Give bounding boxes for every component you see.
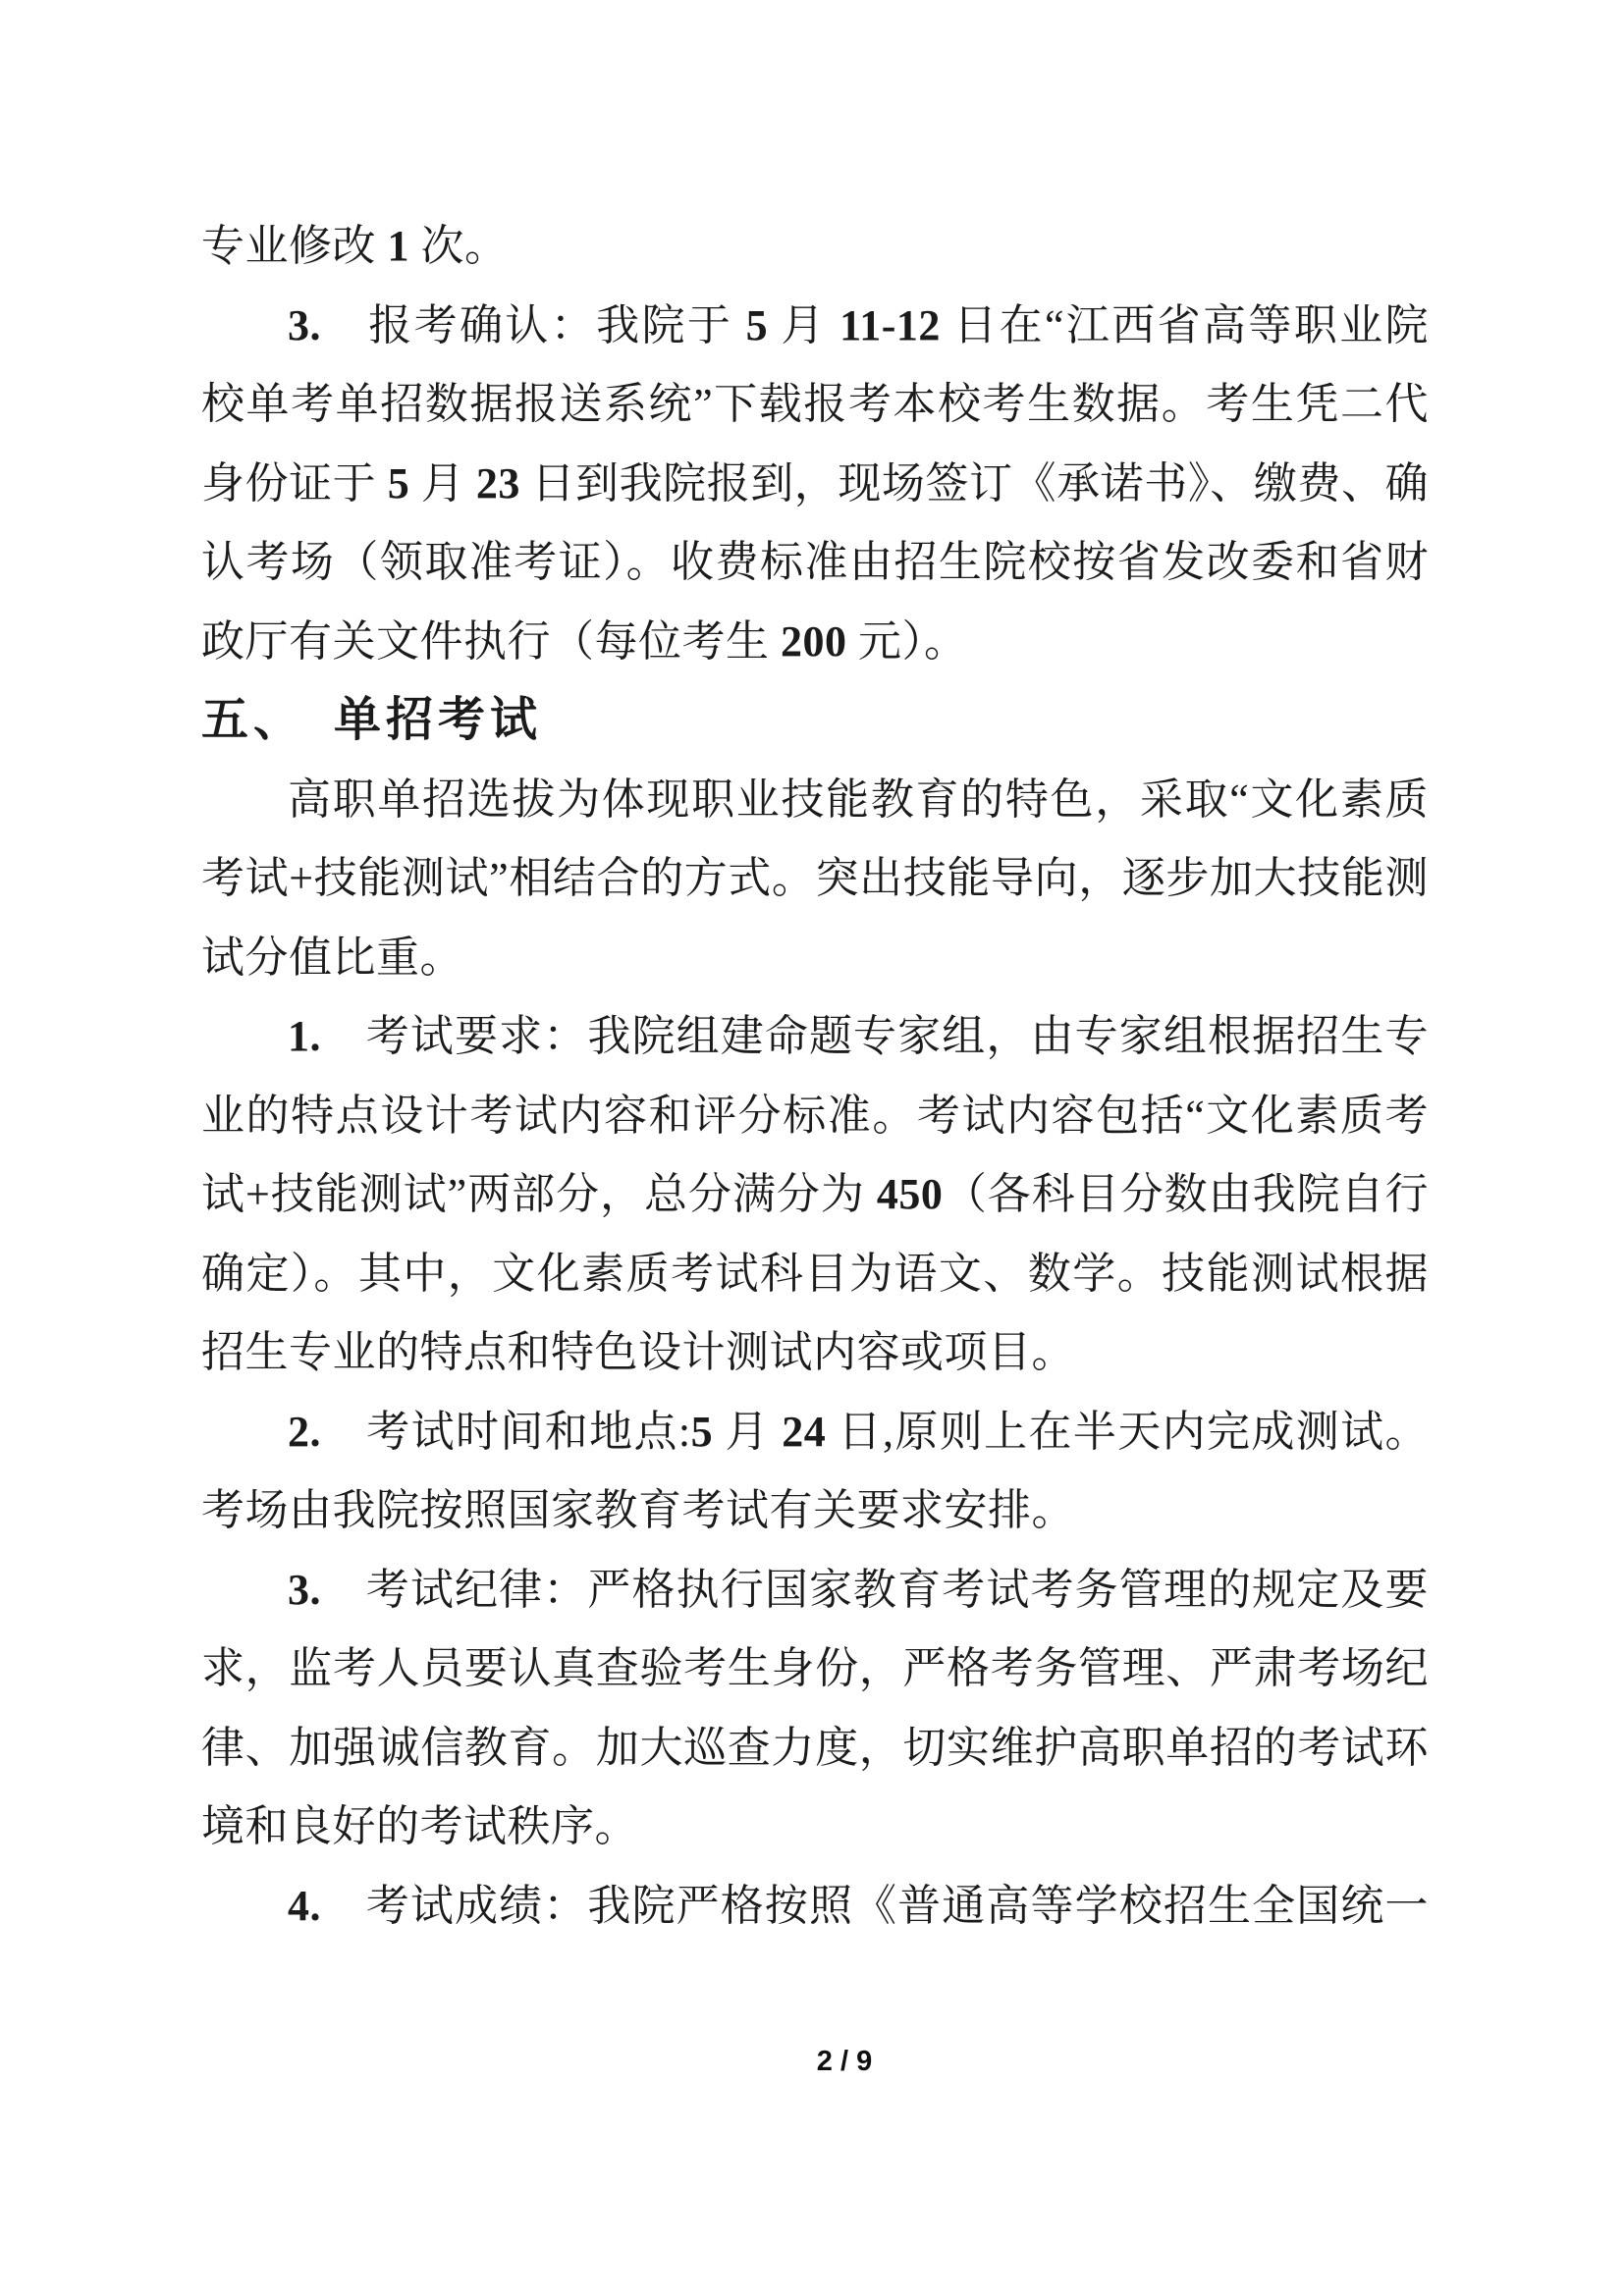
document-body: 专业修改 1 次。3. 报考确认：我院于 5 月 11-12 日在“江西省高等职… xyxy=(201,207,1429,1946)
text-line: 身份证于 5 月 23 日到我院报到，现场签订《承诺书》、缴费、确 xyxy=(201,445,1429,524)
text-line: 试分值比重。 xyxy=(201,919,1429,998)
number-text: 1 xyxy=(388,222,410,270)
number-text: 5 xyxy=(388,459,410,507)
text-line: 招生专业的特点和特色设计测试内容或项目。 xyxy=(201,1313,1429,1393)
text-line: 考场由我院按照国家教育考试有关要求安排。 xyxy=(201,1471,1429,1551)
page-number: 2 / 9 xyxy=(746,2044,943,2079)
text-line: 业的特点设计考试内容和评分标准。考试内容包括“文化素质考 xyxy=(201,1077,1429,1156)
text-line: 校单考单招数据报送系统”下载报考本校考生数据。考生凭二代 xyxy=(201,365,1429,445)
number-text: 11-12 xyxy=(839,301,941,349)
text-line: 2. 考试时间和地点:5 月 24 日,原则上在半天内完成测试。 xyxy=(201,1393,1429,1472)
text-line: 考试+技能测试”相结合的方式。突出技能导向，逐步加大技能测 xyxy=(201,839,1429,919)
number-text: 23 xyxy=(476,459,520,507)
number-text: 3. xyxy=(288,301,321,349)
number-text: 5 xyxy=(746,301,769,349)
text-line: 认考场（领取准考证）。收费标准由招生院校按省发改委和省财 xyxy=(201,523,1429,603)
text-line: 律、加强诚信教育。加大巡查力度，切实维护高职单招的考试环 xyxy=(201,1709,1429,1789)
number-text: 4. xyxy=(288,1882,321,1930)
text-line: 专业修改 1 次。 xyxy=(201,207,1429,287)
number-text: 1. xyxy=(288,1012,321,1060)
number-text: 450 xyxy=(877,1170,944,1218)
text-line: 3. 考试纪律：严格执行国家教育考试考务管理的规定及要 xyxy=(201,1551,1429,1630)
number-text: 200 xyxy=(781,617,847,666)
number-text: 5 xyxy=(691,1408,714,1456)
text-line: 求，监考人员要认真查验考生身份，严格考务管理、严肃考场纪 xyxy=(201,1629,1429,1709)
document-page: 专业修改 1 次。3. 报考确认：我院于 5 月 11-12 日在“江西省高等职… xyxy=(0,0,1624,2296)
number-text: 2. xyxy=(288,1408,321,1456)
number-text: 24 xyxy=(782,1408,826,1456)
section-heading: 五、 单招考试 xyxy=(201,681,1429,761)
text-line: 3. 报考确认：我院于 5 月 11-12 日在“江西省高等职业院 xyxy=(201,287,1429,366)
text-line: 4. 考试成绩：我院严格按照《普通高等学校招生全国统一 xyxy=(201,1867,1429,1947)
text-line: 政厅有关文件执行（每位考生 200 元）。 xyxy=(201,603,1429,682)
text-line: 1. 考试要求：我院组建命题专家组，由专家组根据招生专 xyxy=(201,997,1429,1077)
text-line: 境和良好的考试秩序。 xyxy=(201,1788,1429,1867)
number-text: 3. xyxy=(288,1566,321,1614)
text-line: 试+技能测试”两部分，总分满分为 450（各科目分数由我院自行 xyxy=(201,1155,1429,1235)
text-line: 确定）。其中，文化素质考试科目为语文、数学。技能测试根据 xyxy=(201,1235,1429,1314)
text-line: 高职单招选拔为体现职业技能教育的特色，采取“文化素质 xyxy=(201,761,1429,840)
